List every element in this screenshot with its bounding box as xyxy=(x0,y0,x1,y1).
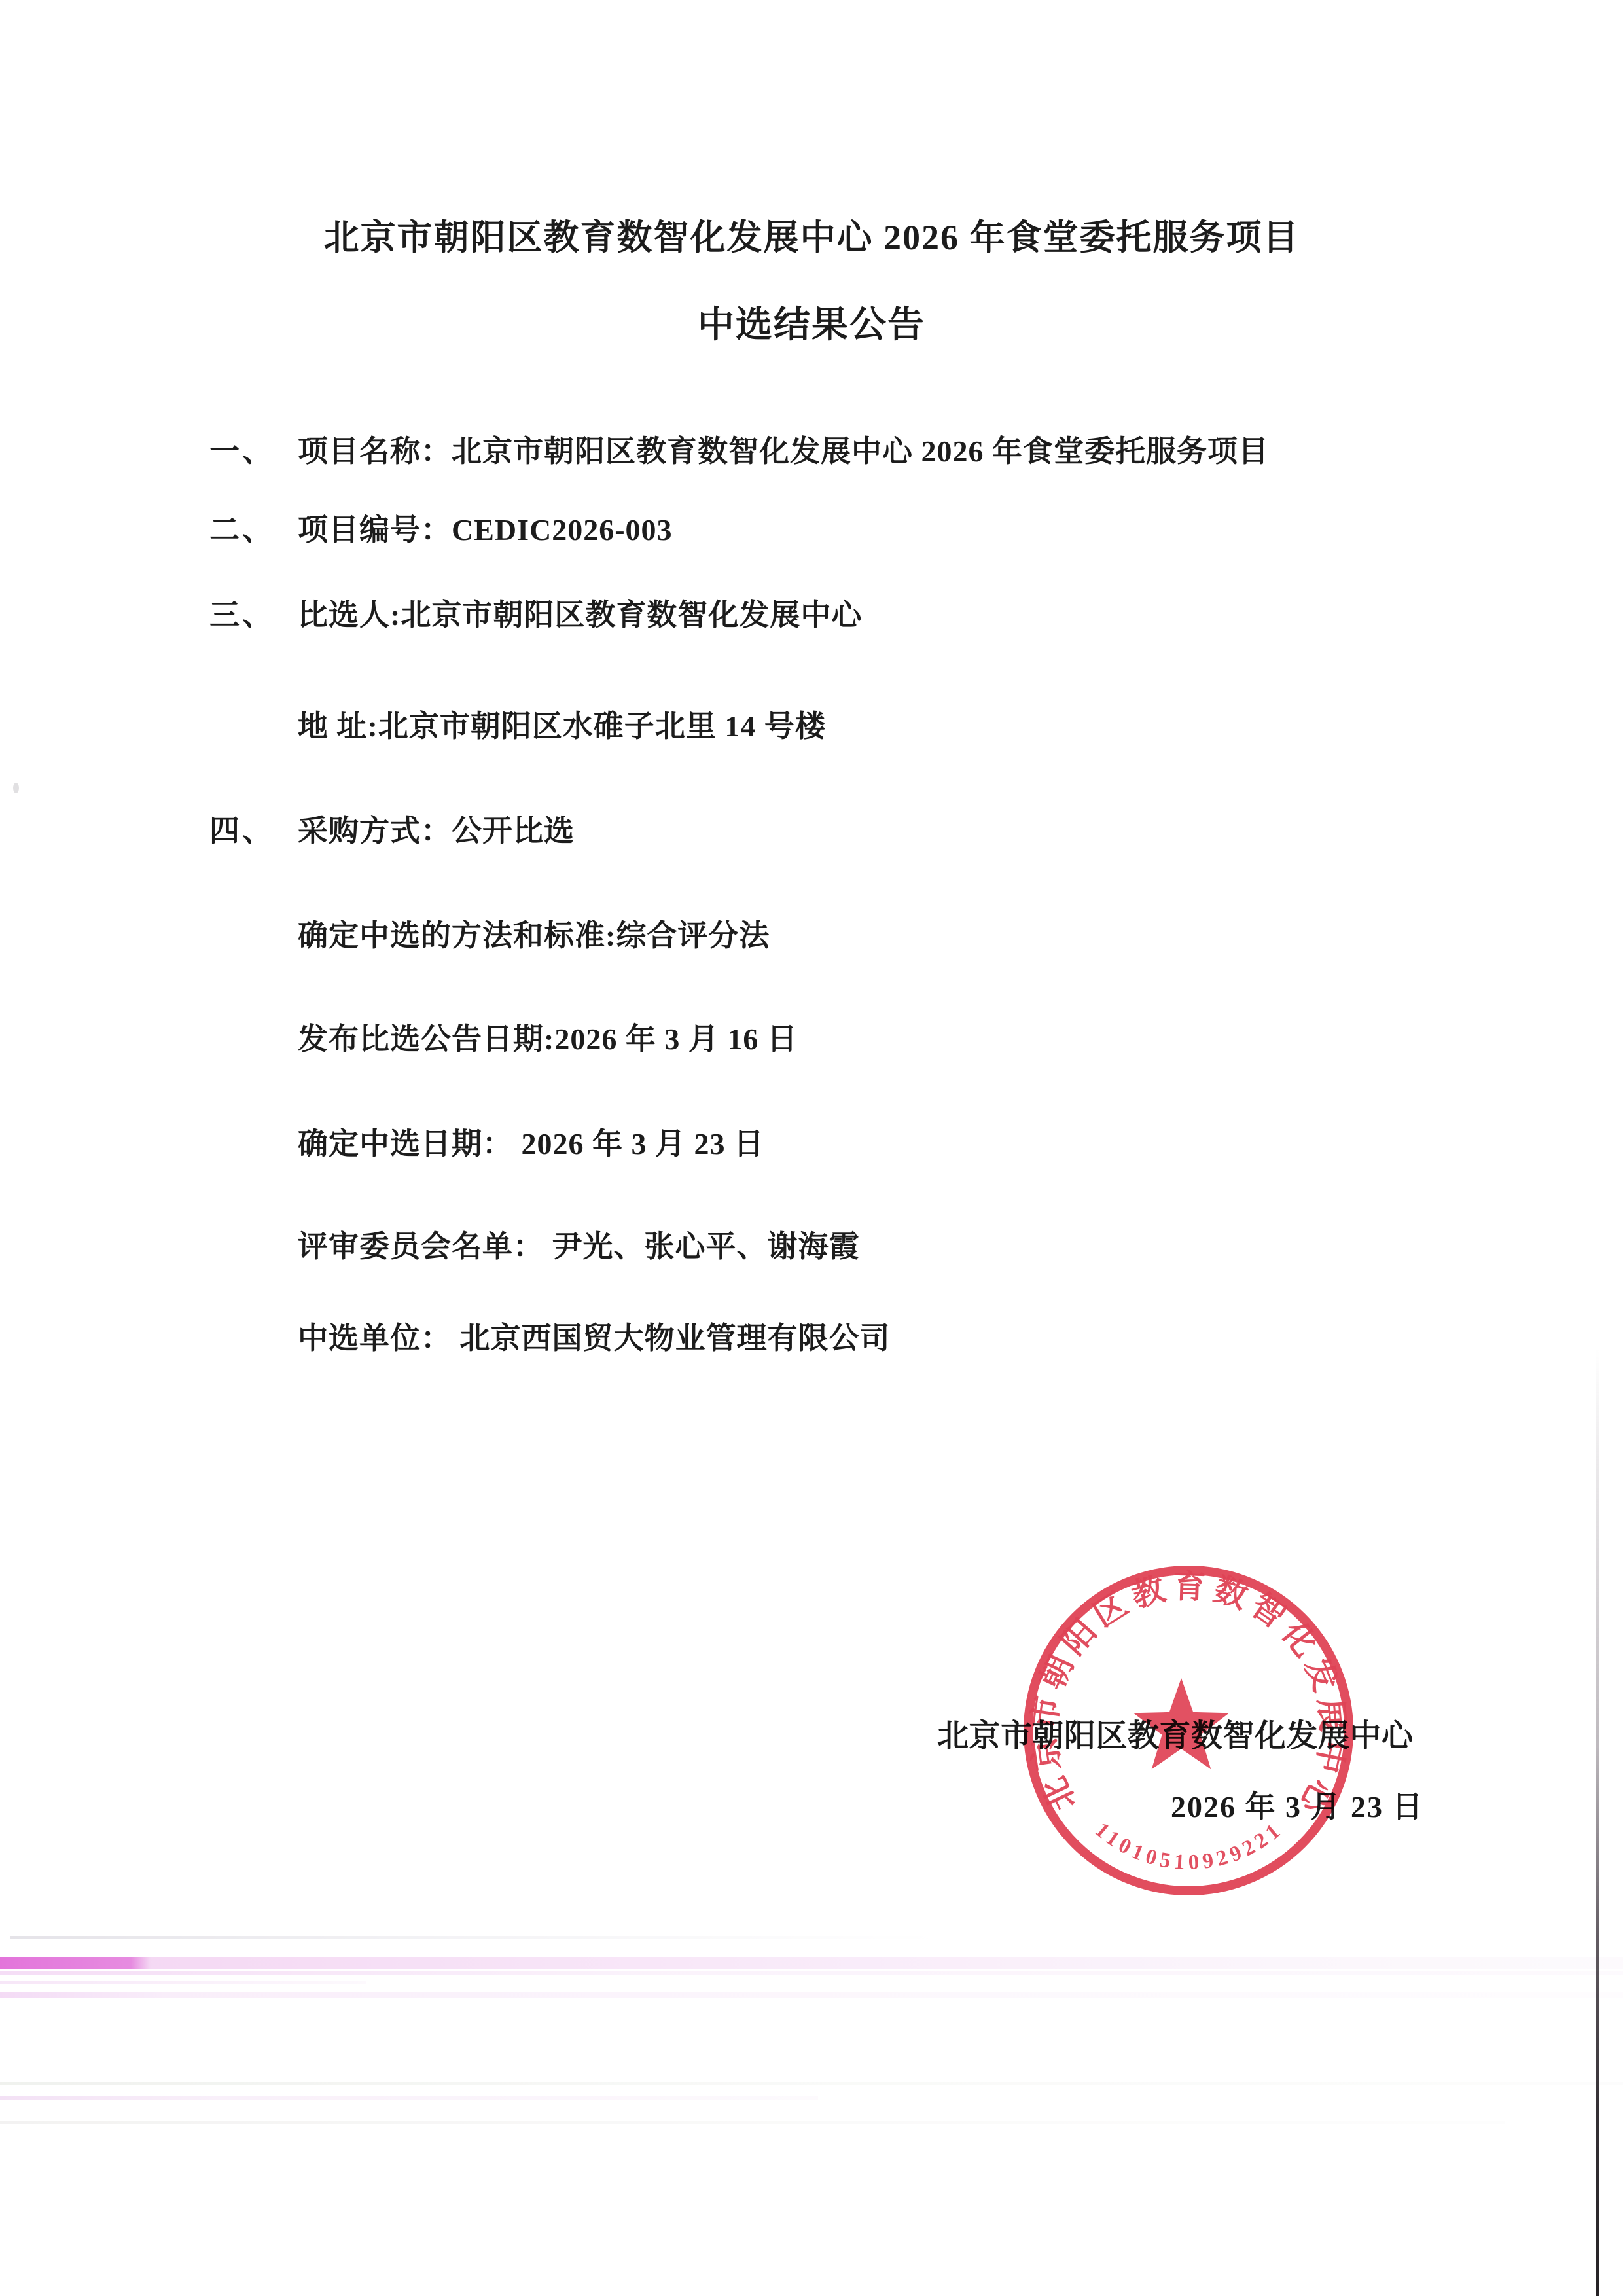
scan-artifact-gray-line xyxy=(10,1936,939,1939)
item-project-name: 一、 项目名称：北京市朝阳区教育数智化发展中心 2026 年食堂委托服务项目 xyxy=(0,435,1623,471)
item-number: 三、 xyxy=(209,598,275,632)
item-text: 中选单位： 北京西国贸大物业管理有限公司 xyxy=(298,1321,891,1355)
item-text: 评审委员会名单： 尹光、张心平、谢海霞 xyxy=(298,1230,860,1264)
scan-artifact-pink-line xyxy=(0,1981,366,1984)
seal-ring-text: 北京市朝阳区教育数智化发展中心 xyxy=(1025,1568,1351,1824)
scan-artifact-speck xyxy=(13,783,19,793)
scan-artifact-vertical-line xyxy=(1596,1348,1599,2296)
item-address: 地 址:北京市朝阳区水碓子北里 14 号楼 xyxy=(0,709,1623,746)
document-title-line1: 北京市朝阳区教育数智化发展中心 2026 年食堂委托服务项目 xyxy=(0,217,1623,259)
item-text: 比选人:北京市朝阳区教育数智化发展中心 xyxy=(298,598,862,632)
item-selector: 三、 比选人:北京市朝阳区教育数智化发展中心 xyxy=(0,598,1623,635)
item-review-committee: 评审委员会名单： 尹光、张心平、谢海霞 xyxy=(0,1230,1623,1266)
seal-star-icon xyxy=(1133,1678,1229,1769)
item-text: 发布比选公告日期:2026 年 3 月 16 日 xyxy=(298,1022,798,1056)
document-title-line2: 中选结果公告 xyxy=(0,304,1623,346)
item-text: 确定中选日期： 2026 年 3 月 23 日 xyxy=(298,1127,764,1161)
item-selection-date: 确定中选日期： 2026 年 3 月 23 日 xyxy=(0,1127,1623,1164)
document-page: 北京市朝阳区教育数智化发展中心 2026 年食堂委托服务项目 中选结果公告 一、… xyxy=(0,0,1623,2296)
item-text: 项目编号：CEDIC2026-003 xyxy=(298,513,673,547)
scan-artifact-pink-line xyxy=(0,2096,818,2100)
scan-artifact-magenta-line xyxy=(0,1957,1623,1969)
item-number: 四、 xyxy=(209,814,275,848)
item-selected-company: 中选单位： 北京西国贸大物业管理有限公司 xyxy=(0,1321,1623,1358)
scan-artifact-gray-line xyxy=(0,2082,1623,2085)
scan-artifact-pink-line xyxy=(0,1992,1623,1998)
item-text: 项目名称：北京市朝阳区教育数智化发展中心 2026 年食堂委托服务项目 xyxy=(298,435,1269,469)
item-project-code: 二、 项目编号：CEDIC2026-003 xyxy=(0,513,1623,550)
item-text: 地 址:北京市朝阳区水碓子北里 14 号楼 xyxy=(298,709,826,744)
item-procurement-method: 四、 采购方式：公开比选 xyxy=(0,814,1623,851)
item-number: 一、 xyxy=(209,435,275,469)
seal-code-text: 11010510929221 xyxy=(1090,1817,1288,1874)
item-text: 确定中选的方法和标准:综合评分法 xyxy=(298,919,770,953)
scan-artifact-pink-line xyxy=(0,1971,1623,1975)
item-text: 采购方式：公开比选 xyxy=(298,814,575,848)
scan-artifact-gray-line xyxy=(0,2121,1505,2124)
item-evaluation-method: 确定中选的方法和标准:综合评分法 xyxy=(0,919,1623,956)
official-seal: 北京市朝阳区教育数智化发展中心 11010510929221 xyxy=(1008,1548,1374,1914)
item-announcement-date: 发布比选公告日期:2026 年 3 月 16 日 xyxy=(0,1022,1623,1059)
item-number: 二、 xyxy=(209,513,275,547)
